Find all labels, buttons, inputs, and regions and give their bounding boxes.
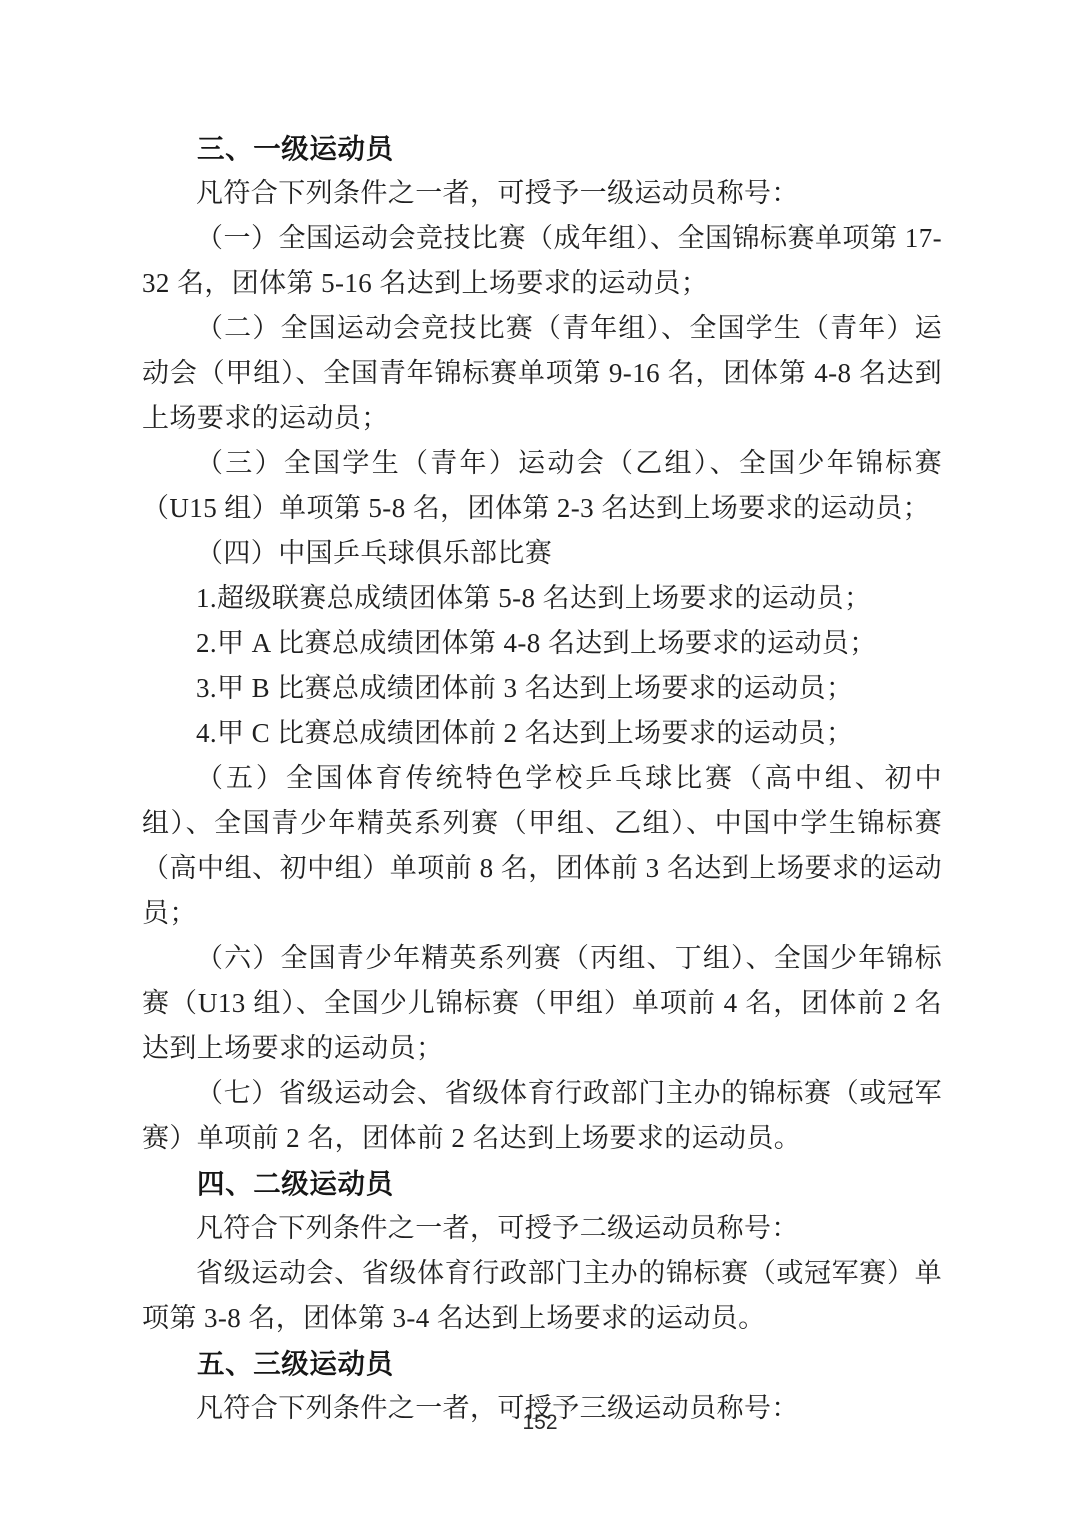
paragraph-condition-5: （五）全国体育传统特色学校乒乓球比赛（高中组、初中组）、全国青少年精英系列赛（甲… [142, 756, 942, 936]
section-heading-second-class-athlete: 四、二级运动员 [142, 1161, 942, 1206]
paragraph-condition-6: （六）全国青少年精英系列赛（丙组、丁组）、全国少年锦标赛（U13 组）、全国少儿… [142, 936, 942, 1071]
paragraph-condition-4: （四）中国乒乓球俱乐部比赛 [142, 531, 942, 576]
list-item-division-b: 3.甲 B 比赛总成绩团体前 3 名达到上场要求的运动员； [142, 666, 942, 711]
section-heading-first-class-athlete: 三、一级运动员 [142, 126, 942, 171]
paragraph-intro-first-class: 凡符合下列条件之一者，可授予一级运动员称号： [142, 171, 942, 216]
section-heading-third-class-athlete: 五、三级运动员 [142, 1341, 942, 1386]
paragraph-intro-second-class: 凡符合下列条件之一者，可授予二级运动员称号： [142, 1206, 942, 1251]
paragraph-condition-2: （二）全国运动会竞技比赛（青年组）、全国学生（青年）运动会（甲组）、全国青年锦标… [142, 306, 942, 441]
page-number: 152 [0, 1408, 1080, 1438]
list-item-division-c: 4.甲 C 比赛总成绩团体前 2 名达到上场要求的运动员； [142, 711, 942, 756]
paragraph-condition-7: （七）省级运动会、省级体育行政部门主办的锦标赛（或冠军赛）单项前 2 名，团体前… [142, 1071, 942, 1161]
document-page: 三、一级运动员 凡符合下列条件之一者，可授予一级运动员称号： （一）全国运动会竞… [0, 0, 1080, 1527]
document-body: 三、一级运动员 凡符合下列条件之一者，可授予一级运动员称号： （一）全国运动会竞… [142, 126, 942, 1431]
paragraph-condition-3: （三）全国学生（青年）运动会（乙组）、全国少年锦标赛（U15 组）单项第 5-8… [142, 441, 942, 531]
paragraph-condition-1: （一）全国运动会竞技比赛（成年组）、全国锦标赛单项第 17-32 名，团体第 5… [142, 216, 942, 306]
list-item-super-league: 1.超级联赛总成绩团体第 5-8 名达到上场要求的运动员； [142, 576, 942, 621]
paragraph-second-class-condition: 省级运动会、省级体育行政部门主办的锦标赛（或冠军赛）单项第 3-8 名，团体第 … [142, 1251, 942, 1341]
list-item-division-a: 2.甲 A 比赛总成绩团体第 4-8 名达到上场要求的运动员； [142, 621, 942, 666]
